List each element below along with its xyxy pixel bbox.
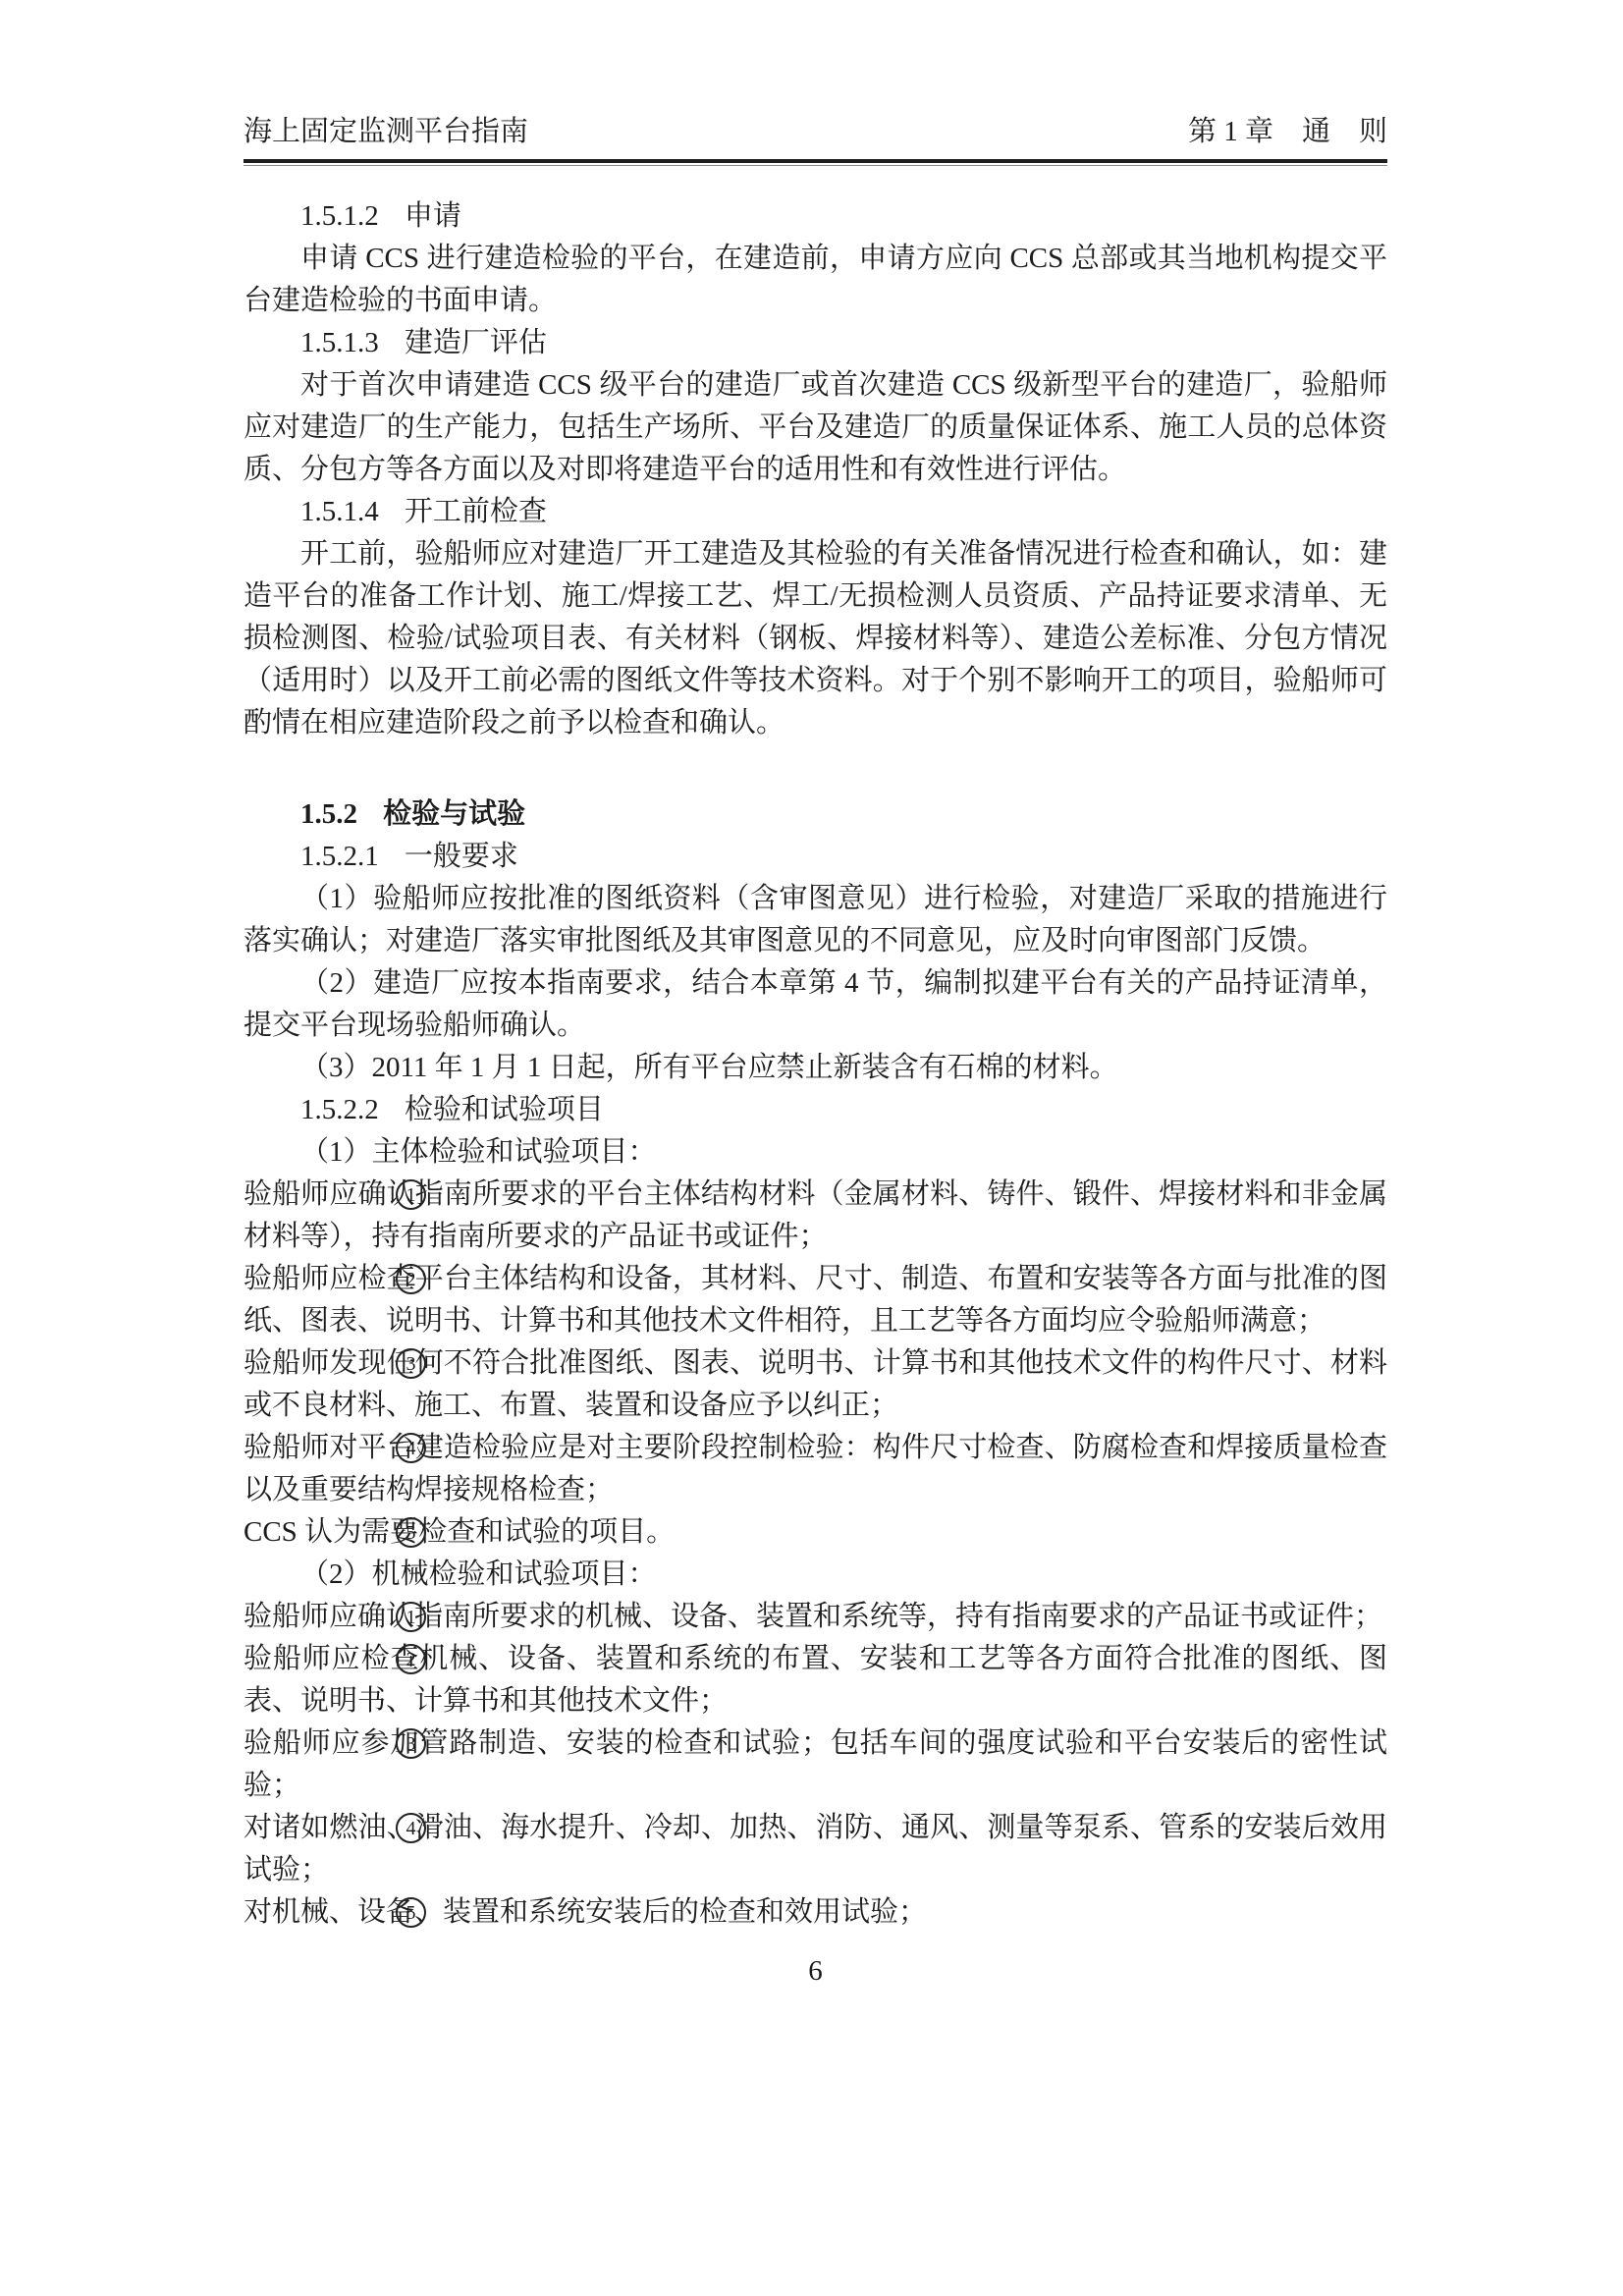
section-heading-1-5-2-1: 1.5.2.1一般要求 [243, 836, 1387, 878]
page-header-right: 第 1 章 通 则 [1188, 116, 1387, 147]
circled-number: 4 [396, 1813, 426, 1843]
page-number: 6 [243, 1955, 1387, 1988]
circled-number: 2 [396, 1264, 426, 1294]
heading-number: 1.5.1.2 [300, 200, 379, 232]
section-heading-1-5-1-4: 1.5.1.4开工前检查 [243, 491, 1387, 533]
heading-title: 申请 [405, 200, 461, 232]
paragraph: （3）2011 年 1 月 1 日起，所有平台应禁止新装含有石棉的材料。 [243, 1047, 1387, 1089]
section-heading-1-5-1-3: 1.5.1.3建造厂评估 [243, 322, 1387, 364]
section-heading-1-5-2: 1.5.2检验与试验 [243, 793, 1387, 836]
paragraph: （1）主体检验和试验项目： [243, 1131, 1387, 1174]
header-rule [243, 159, 1387, 166]
heading-title: 检验和试验项目 [405, 1094, 604, 1125]
list-item: 4对诸如燃油、滑油、海水提升、冷却、加热、消防、通风、测量等泵系、管系的安装后效… [243, 1807, 1387, 1891]
heading-number: 1.5.2 [300, 798, 357, 830]
circled-number: 3 [396, 1728, 426, 1759]
list-item: 3验船师发现任何不符合批准图纸、图表、说明书、计算书和其他技术文件的构件尺寸、材… [243, 1342, 1387, 1427]
paragraph: 开工前，验船师应对建造厂开工建造及其检验的有关准备情况进行检查和确认，如：建造平… [243, 533, 1387, 744]
section-heading-1-5-1-2: 1.5.1.2申请 [243, 195, 1387, 238]
paragraph: （2）建造厂应按本指南要求，结合本章第 4 节，编制拟建平台有关的产品持证清单，… [243, 962, 1387, 1047]
paragraph: 对于首次申请建造 CCS 级平台的建造厂或首次建造 CCS 级新型平台的建造厂，… [243, 364, 1387, 491]
document-page: 海上固定监测平台指南 第 1 章 通 则 1.5.1.2申请 申请 CCS 进行… [0, 0, 1623, 2296]
list-item-text: CCS 认为需要检查和试验的项目。 [243, 1516, 675, 1548]
heading-title: 建造厂评估 [405, 327, 547, 358]
circled-number: 5 [396, 1897, 426, 1928]
list-item: 2验船师应检查机械、设备、装置和系统的布置、安装和工艺等各方面符合批准的图纸、图… [243, 1638, 1387, 1722]
paragraph: （1）验船师应按批准的图纸资料（含审图意见）进行检验，对建造厂采取的措施进行落实… [243, 878, 1387, 962]
circled-number: 2 [396, 1644, 426, 1674]
list-item-text: 对机械、设备、装置和系统安装后的检查和效用试验； [243, 1896, 927, 1928]
circled-number: 5 [396, 1517, 426, 1548]
page-header-left: 海上固定监测平台指南 [243, 116, 528, 147]
list-item: 2验船师应检查平台主体结构和设备，其材料、尺寸、制造、布置和安装等各方面与批准的… [243, 1258, 1387, 1342]
list-item: 1验船师应确认指南所要求的平台主体结构材料（金属材料、铸件、锻件、焊接材料和非金… [243, 1174, 1387, 1258]
list-item: 3验船师应参加管路制造、安装的检查和试验；包括车间的强度试验和平台安装后的密性试… [243, 1722, 1387, 1807]
page-header: 海上固定监测平台指南 第 1 章 通 则 [243, 116, 1387, 147]
circled-number: 1 [396, 1179, 426, 1210]
circled-number: 3 [396, 1348, 426, 1379]
heading-title: 一般要求 [405, 841, 518, 872]
heading-number: 1.5.2.1 [300, 841, 379, 872]
list-item: 5CCS 认为需要检查和试验的项目。 [243, 1511, 1387, 1554]
heading-number: 1.5.1.3 [300, 327, 379, 358]
circled-number: 1 [396, 1602, 426, 1632]
list-item: 4验船师对平台建造检验应是对主要阶段控制检验：构件尺寸检查、防腐检查和焊接质量检… [243, 1427, 1387, 1511]
circled-number: 4 [396, 1433, 426, 1463]
list-item: 1验船师应确认指南所要求的机械、设备、装置和系统等，持有指南要求的产品证书或证件… [243, 1596, 1387, 1638]
section-heading-1-5-2-2: 1.5.2.2检验和试验项目 [243, 1089, 1387, 1131]
heading-number: 1.5.1.4 [300, 496, 379, 527]
heading-number: 1.5.2.2 [300, 1094, 379, 1125]
heading-title: 开工前检查 [405, 496, 547, 527]
paragraph: （2）机械检验和试验项目： [243, 1554, 1387, 1596]
heading-title: 检验与试验 [383, 798, 525, 830]
document-body: 1.5.1.2申请 申请 CCS 进行建造检验的平台，在建造前，申请方应向 CC… [243, 195, 1387, 1934]
list-item: 5对机械、设备、装置和系统安装后的检查和效用试验； [243, 1891, 1387, 1934]
paragraph: 申请 CCS 进行建造检验的平台，在建造前，申请方应向 CCS 总部或其当地机构… [243, 238, 1387, 322]
